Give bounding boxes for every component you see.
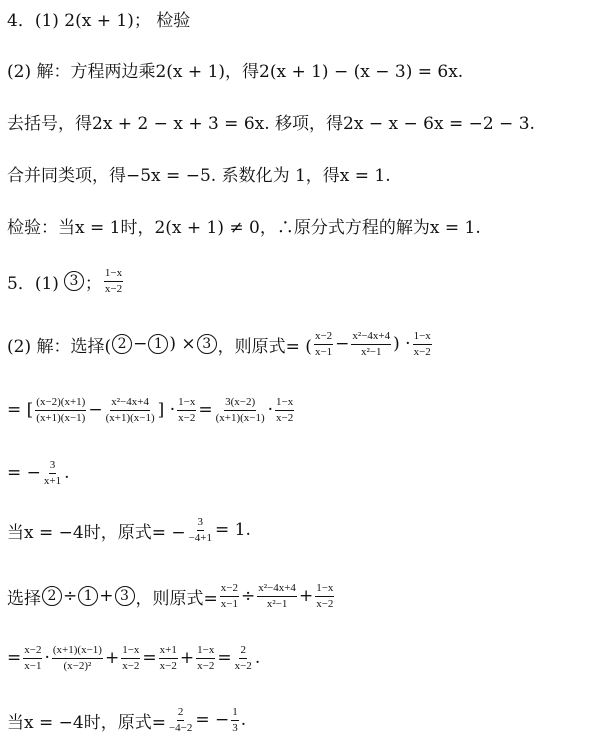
fraction: 1−xx−2 (177, 396, 196, 424)
math-text: ] · (158, 400, 175, 420)
math-text: x−2 (234, 659, 253, 673)
math-text: − (133, 334, 147, 354)
math-text: − (88, 400, 102, 420)
q5-alt-eval: 当x = −4时，原式= 2−4−2 = − 13 . (7, 702, 246, 738)
math-text: x−1 (314, 345, 333, 359)
math-text: x−2 (159, 659, 178, 673)
fraction: 1−xx−2 (275, 396, 294, 424)
math-text: 1−x (413, 330, 432, 345)
fraction: x−2x−1 (220, 582, 239, 610)
math-text: x+1 (43, 474, 62, 488)
math-text: 选择 (7, 584, 41, 609)
circled-number: 2 (42, 586, 62, 606)
math-text: x−2 (220, 582, 239, 597)
math-text: 3 (49, 459, 57, 474)
fraction: x−2x−1 (314, 330, 333, 358)
math-text: + (180, 648, 194, 668)
math-text: −4−2 (168, 721, 193, 735)
fraction: 1−xx−2 (413, 330, 432, 358)
math-text: 1−x (177, 396, 196, 411)
fraction: 3(x−2)(x+1)(x−1) (215, 396, 266, 424)
math-text: 1−x (196, 644, 215, 659)
fraction: 3x+1 (43, 459, 62, 487)
math-text: −4+1 (188, 531, 213, 545)
fraction: 2x−2 (234, 644, 253, 672)
q4-part2-line2: 去括号，得2x + 2 − x + 3 = 6x. 移项，得2x − x − 6… (7, 103, 535, 139)
math-text: (2) 解：方程两边乘2(x + 1)，得2(x + 1) − (x − 3) … (7, 57, 463, 82)
math-text: ； (85, 269, 102, 294)
q5-part2-line1: (2) 解：选择( 2 − 1 ) × 3 ，则原式= ( x−2x−1 − x… (7, 326, 434, 362)
math-text: = − (7, 463, 41, 483)
q5-part1: 5．(1) 3 ； 1−xx−2 (7, 263, 125, 299)
math-text: x²−4x+4 (257, 582, 297, 597)
math-text: = 1. (215, 520, 251, 540)
math-text: = − (195, 710, 229, 730)
math-text: 去括号，得2x + 2 − x + 3 = 6x. 移项，得2x − x − 6… (7, 109, 535, 134)
math-text: · (268, 400, 273, 420)
math-text: . (241, 710, 246, 730)
math-text: x−2 (314, 330, 333, 345)
fraction: 3−4+1 (188, 516, 213, 544)
math-text: . (64, 463, 69, 483)
math-text: · (44, 648, 49, 668)
math-text: = [ (7, 400, 33, 420)
fraction: x²−4x+4x²−1 (351, 330, 391, 358)
circled-number: 1 (148, 334, 168, 354)
math-text: ) × (169, 334, 195, 354)
math-text: ，则原式= ( (218, 332, 312, 357)
circled-number: 3 (115, 586, 135, 606)
math-text: x−2 (315, 597, 334, 611)
math-text: (x+1)(x−1) (35, 411, 86, 425)
math-text: x−2 (177, 411, 196, 425)
math-text: 检验：当x = 1时，2(x + 1) ≠ 0，∴原分式方程的解为x = 1. (7, 213, 481, 238)
circled-number: 1 (78, 586, 98, 606)
fraction: x²−4x+4(x+1)(x−1) (105, 396, 156, 424)
math-text: x²−4x+4 (351, 330, 391, 345)
math-text: x−2 (104, 282, 123, 296)
fraction: x+1x−2 (159, 644, 178, 672)
math-text: x−2 (275, 411, 294, 425)
fraction: 2−4−2 (168, 706, 193, 734)
math-text: x−2 (23, 644, 42, 659)
math-text: 1−x (315, 582, 334, 597)
math-text: (x+1)(x−1) (105, 411, 156, 425)
math-text: x−2 (121, 659, 140, 673)
fraction: x²−4x+4x²−1 (257, 582, 297, 610)
fraction: x−2x−1 (23, 644, 42, 672)
fraction: (x+1)(x−1)(x−2)² (52, 644, 103, 672)
fraction: (x−2)(x+1)(x+1)(x−1) (35, 396, 86, 424)
math-text: 3 (231, 721, 239, 735)
q5-part2-eval1: 当x = −4时，原式= − 3−4+1 = 1. (7, 512, 251, 548)
math-text: x−1 (23, 659, 42, 673)
fraction: 1−xx−2 (104, 267, 123, 295)
math-text: ) · (393, 334, 410, 354)
math-text: = (217, 648, 231, 668)
q4-part2-line3: 合并同类项，得−5x = −5. 系数化为 1，得x = 1. (7, 155, 391, 191)
math-text: + (299, 586, 313, 606)
math-text: = (7, 648, 21, 668)
math-text: (x+1)(x−1) (52, 644, 103, 659)
math-text: (x+1)(x−1) (215, 411, 266, 425)
math-text: . (255, 648, 260, 668)
math-text: x²−1 (266, 597, 289, 611)
q4-part2-check: 检验：当x = 1时，2(x + 1) ≠ 0，∴原分式方程的解为x = 1. (7, 207, 481, 243)
fraction: 1−xx−2 (121, 644, 140, 672)
math-text: 当x = −4时，原式= (7, 708, 166, 733)
circled-number: 2 (112, 334, 132, 354)
math-text: x−1 (220, 597, 239, 611)
fraction: 13 (231, 706, 239, 734)
math-text: ÷ (241, 586, 255, 606)
circled-number: 3 (64, 271, 84, 291)
fraction: 1−xx−2 (196, 644, 215, 672)
math-text: 3 (197, 516, 205, 531)
math-text: 1−x (121, 644, 140, 659)
circled-number: 3 (197, 334, 217, 354)
math-text: (x−2)(x+1) (35, 396, 86, 411)
fraction: 1−xx−2 (315, 582, 334, 610)
math-text: 5．(1) (7, 269, 59, 294)
math-text: 合并同类项，得−5x = −5. 系数化为 1，得x = 1. (7, 161, 391, 186)
math-text: ÷ (63, 586, 77, 606)
math-text: 1−x (275, 396, 294, 411)
math-text: 1 (231, 706, 239, 721)
math-text: (2) 解：选择( (7, 332, 111, 357)
math-text: − (335, 334, 349, 354)
math-text: + (105, 648, 119, 668)
math-text: x²−4x+4 (110, 396, 150, 411)
math-text: = (142, 648, 156, 668)
q5-part2-line3: = − 3x+1 . (7, 455, 70, 491)
math-text: 3(x−2) (224, 396, 256, 411)
q5-alt-line2: = x−2x−1 · (x+1)(x−1)(x−2)² + 1−xx−2 = x… (7, 640, 260, 676)
math-text: (x−2)² (62, 659, 92, 673)
math-text: x−2 (196, 659, 215, 673)
math-text: 当x = −4时，原式= − (7, 518, 186, 543)
math-text: x+1 (159, 644, 178, 659)
math-text: 4．(1) 2(x + 1)； 检验 (7, 6, 190, 31)
q4-part2-line1: (2) 解：方程两边乘2(x + 1)，得2(x + 1) − (x − 3) … (7, 51, 463, 87)
math-text: 2 (239, 644, 247, 659)
math-text: x²−1 (360, 345, 383, 359)
math-text: ，则原式= (136, 584, 218, 609)
math-text: 2 (177, 706, 185, 721)
math-text: x−2 (413, 345, 432, 359)
math-text: = (198, 400, 212, 420)
q5-alt-line1: 选择 2 ÷ 1 + 3 ，则原式= x−2x−1 ÷ x²−4x+4x²−1 … (7, 578, 336, 614)
math-text: 1−x (104, 267, 123, 282)
q5-part2-line2: = [ (x−2)(x+1)(x+1)(x−1) − x²−4x+4(x+1)(… (7, 392, 296, 428)
math-text: + (99, 586, 113, 606)
q4-part1: 4．(1) 2(x + 1)； 检验 (7, 0, 190, 36)
